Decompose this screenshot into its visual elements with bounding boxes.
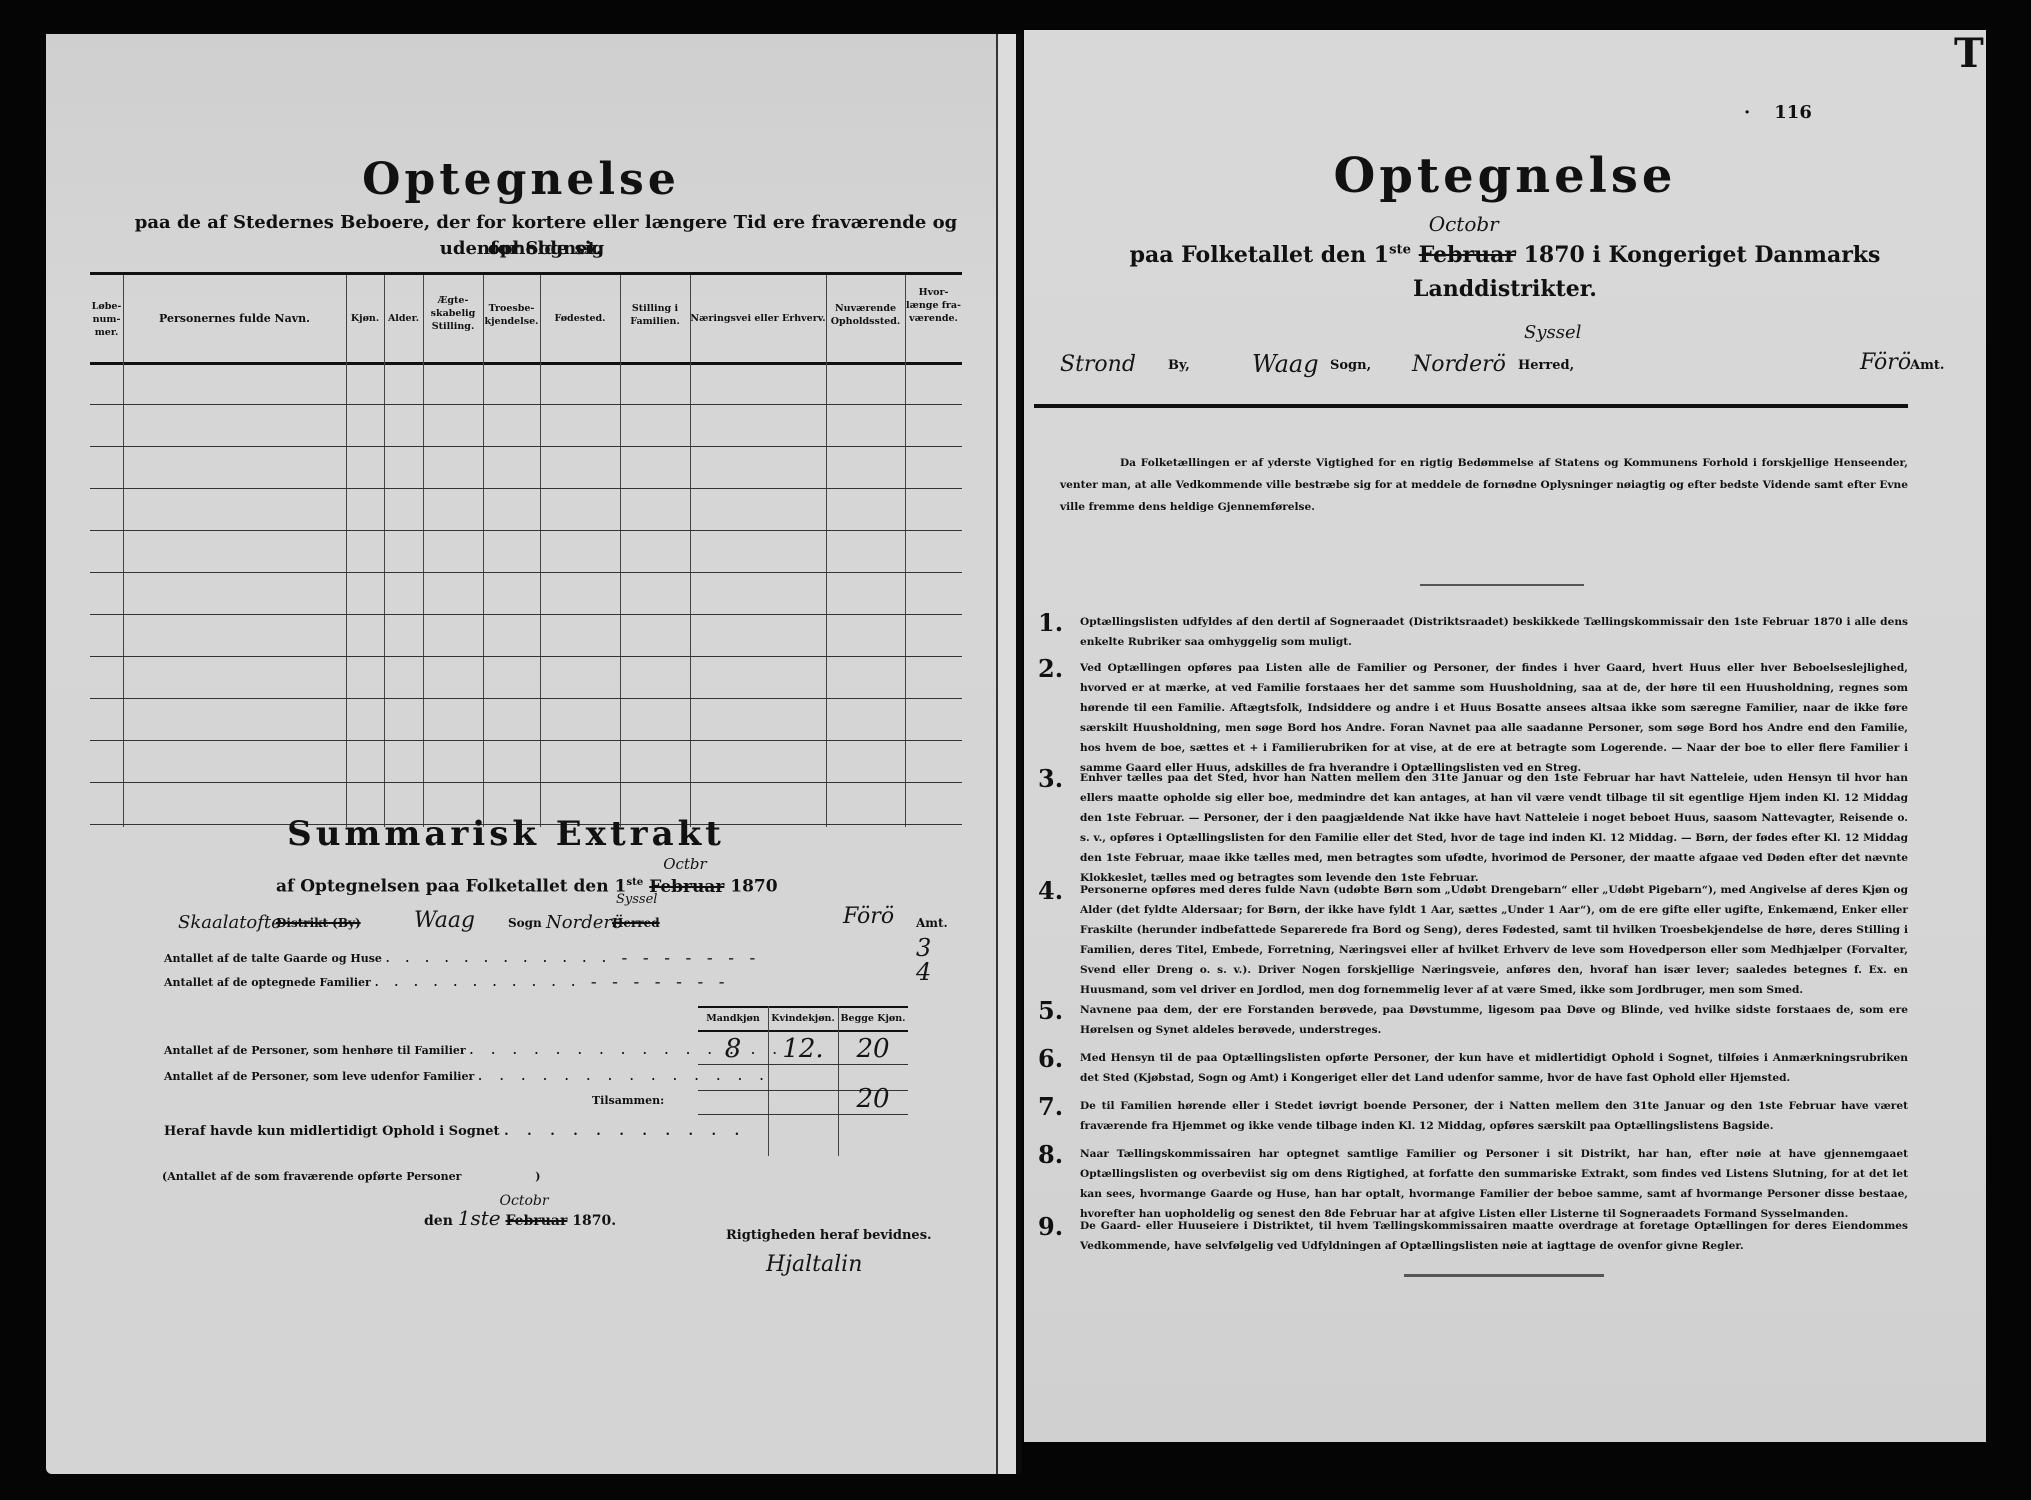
rule-text: Med Hensyn til de paa Optællingslisten o… <box>1080 1048 1908 1088</box>
page-number: ·116 <box>1744 102 1812 123</box>
table-row <box>90 404 962 405</box>
gender-row-label-families: Antallet af de Personer, som henhøre til… <box>164 1044 784 1057</box>
column-divider <box>123 275 124 827</box>
extrakt-date: den 1ste Februar Octobr 1870. <box>424 1206 616 1230</box>
date-handwritten-month: Octobr <box>500 1193 549 1209</box>
rule-number: 3. <box>1038 764 1063 793</box>
location-herred-value: Norderö <box>1412 352 1506 377</box>
table-top-rule <box>90 272 962 275</box>
location-by-value: Strond <box>1060 352 1136 377</box>
right-page-subtitle: paa Folketallet den 1ste Februar Octobr … <box>1024 242 1986 268</box>
temporary-stay-label: Heraf havde kun midlertidigt Ophold i So… <box>164 1124 500 1139</box>
extrakt-year: 1870 <box>730 877 777 897</box>
extrakt-parish-value: Waag <box>414 908 475 933</box>
absent-note: (Antallet af de som fraværende opførte P… <box>162 1170 540 1183</box>
absent-note-text: (Antallet af de som fraværende opførte P… <box>162 1170 461 1183</box>
extrakt-struck-month: Februar <box>649 877 724 897</box>
right-page-title: Optegnelse <box>1024 148 1986 204</box>
location-amt-value: Förö <box>1860 350 1911 375</box>
temporary-stay-row: Heraf havde kun midlertidigt Ophold i So… <box>164 1124 746 1139</box>
left-page: Optegnelse paa de af Stedernes Beboere, … <box>46 34 996 1474</box>
closing-divider <box>1404 1274 1604 1277</box>
column-header-marital-status: Ægte-skabelig Stilling. <box>423 294 483 333</box>
column-divider <box>620 275 621 827</box>
column-header-absence-duration: Hvor-længe fra-værende. <box>905 286 962 325</box>
location-herred-label: Herred, <box>1518 358 1574 373</box>
right-page-subtitle-line2: Landdistrikter. <box>1024 276 1986 302</box>
gender-table-header-rule <box>698 1030 908 1032</box>
extrakt-subtitle-prefix: af Optegnelsen paa Folketallet den 1 <box>276 877 626 897</box>
rule-number: 4. <box>1038 876 1063 905</box>
column-divider <box>838 1006 839 1156</box>
gender-row-label-outside: Antallet af de Personer, som leve udenfo… <box>164 1070 771 1083</box>
extrakt-herred-label: Herred <box>612 916 660 930</box>
date-day: 1ste <box>458 1206 501 1230</box>
gender-cell: 20 <box>838 1084 908 1114</box>
location-sogn-label: Sogn, <box>1330 358 1371 373</box>
corner-mark: T <box>1954 30 1984 77</box>
count-row-houses: Antallet af de talte Gaarde og Huse . . … <box>164 952 761 965</box>
rule-number: 9. <box>1038 1212 1063 1241</box>
column-header-age: Alder. <box>384 312 423 325</box>
binding-line <box>1016 34 1022 1474</box>
subtitle-handwritten-month: Octobr <box>1429 212 1499 236</box>
rule-text: Ved Optællingen opføres paa Listen alle … <box>1080 658 1908 778</box>
table-row <box>90 740 962 741</box>
table-row <box>90 698 962 699</box>
date-year: 1870. <box>572 1213 616 1229</box>
table-row <box>90 488 962 489</box>
page-number-value: 116 <box>1774 102 1812 123</box>
column-divider <box>540 275 541 827</box>
count-label: Antallet af de optegnede Familier <box>164 976 371 989</box>
gender-table-top-rule <box>698 1006 908 1008</box>
attestation: Rigtigheden heraf bevidnes. <box>726 1228 932 1243</box>
row-label: Antallet af de Personer, som leve udenfo… <box>164 1070 474 1083</box>
rule-text: Navnene paa dem, der ere Forstanden berø… <box>1080 1000 1908 1040</box>
location-amt-label: Amt. <box>1910 358 1944 373</box>
extrakt-title: Summarisk Extrakt <box>226 814 786 854</box>
column-divider <box>826 275 827 827</box>
table-row <box>90 614 962 615</box>
column-divider <box>483 275 484 827</box>
gender-header-both: Begge Kjøn. <box>838 1012 908 1025</box>
extrakt-parish-label: Sogn <box>508 916 542 930</box>
column-header-gender: Kjøn. <box>346 312 384 325</box>
extrakt-herred-handwritten: Syssel <box>616 892 657 907</box>
right-page: ·116 T Optegnelse paa Folketallet den 1s… <box>1024 30 1986 1442</box>
rule-number: 6. <box>1038 1044 1063 1073</box>
gender-header-female: Kvindekjøn. <box>768 1012 838 1025</box>
table-row <box>90 446 962 447</box>
subtitle-suffix: 1870 i Kongeriget Danmarks <box>1524 242 1881 268</box>
column-header-name: Personernes fulde Navn. <box>123 312 346 325</box>
column-divider <box>384 275 385 827</box>
column-header-birthplace: Fødested. <box>540 312 620 325</box>
rule-number: 2. <box>1038 654 1063 683</box>
signature: Hjaltalin <box>766 1252 862 1277</box>
column-divider <box>690 275 691 827</box>
rule-text: Personerne opføres med deres fulde Navn … <box>1080 880 1908 1000</box>
count-row-families: Antallet af de optegnede Familier . . . … <box>164 976 730 989</box>
extrakt-amt-label: Amt. <box>916 916 948 930</box>
date-struck-month: Februar <box>506 1213 568 1229</box>
table-header-rule <box>90 362 962 365</box>
column-header-current-residence: Nuværende Opholdssted. <box>826 302 905 328</box>
rule-text: Optællingslisten udfyldes af den dertil … <box>1080 612 1908 652</box>
rule-text: Enhver tælles paa det Sted, hvor han Nat… <box>1080 768 1908 888</box>
gender-cell: 20 <box>838 1034 908 1064</box>
table-row <box>90 782 962 783</box>
rule-text: De til Familien hørende eller i Stedet i… <box>1080 1096 1908 1136</box>
absent-note-close: ) <box>535 1170 540 1183</box>
intro-paragraph: Da Folketællingen er af yderste Vigtighe… <box>1060 452 1908 518</box>
binding-gutter <box>996 34 1018 1474</box>
location-sogn-value: Waag <box>1252 350 1319 378</box>
left-page-title: Optegnelse <box>46 154 996 205</box>
location-by-label: By, <box>1168 358 1190 373</box>
rule-number: 5. <box>1038 996 1063 1025</box>
extrakt-handwritten-month: Octbr <box>663 855 707 873</box>
column-header-occupation: Næringsvei eller Erhverv. <box>690 312 826 325</box>
date-prefix: den <box>424 1213 453 1229</box>
gender-row-label-total: Tilsammen: <box>592 1094 664 1107</box>
subtitle-struck-month: Februar <box>1419 242 1516 268</box>
column-divider <box>905 275 906 827</box>
column-header-religion: Troesbe-kjendelse. <box>483 302 540 328</box>
extrakt-district-label: Distrikt (By) <box>276 916 361 930</box>
section-divider <box>1420 584 1584 586</box>
header-separator-rule <box>1034 404 1908 408</box>
rule-number: 7. <box>1038 1092 1063 1121</box>
left-page-subtitle-line2: udenfor Sognet. <box>46 236 996 262</box>
table-row <box>90 530 962 531</box>
rule-number: 1. <box>1038 608 1063 637</box>
row-label: Antallet af de Personer, som henhøre til… <box>164 1044 466 1057</box>
extrakt-subtitle-sup: ste <box>626 876 643 888</box>
table-row <box>90 656 962 657</box>
absentee-table: Løbe-num-mer. Personernes fulde Navn. Kj… <box>90 272 962 832</box>
count-value-families: 4 <box>916 958 931 986</box>
gender-row-rule <box>698 1114 908 1115</box>
column-divider <box>423 275 424 827</box>
gender-header-male: Mandkjøn <box>698 1012 768 1025</box>
gender-row-rule <box>698 1064 908 1065</box>
extrakt-district-value: Skaalatofte <box>178 912 282 933</box>
column-divider <box>346 275 347 827</box>
count-label: Antallet af de talte Gaarde og Huse <box>164 952 382 965</box>
location-herred-handwritten: Syssel <box>1524 322 1581 343</box>
column-header-lobenummer: Løbe-num-mer. <box>90 300 123 339</box>
subtitle-prefix: paa Folketallet den 1 <box>1130 242 1390 268</box>
extrakt-amt-value: Förö <box>843 904 894 929</box>
rule-text: Naar Tællingskommissairen har optegnet s… <box>1080 1144 1908 1224</box>
column-header-family-position: Stilling i Familien. <box>620 302 690 328</box>
rule-text: De Gaard- eller Huuseiere i Distriktet, … <box>1080 1216 1908 1256</box>
table-row <box>90 572 962 573</box>
extrakt-subtitle: af Optegnelsen paa Folketallet den 1ste … <box>276 876 836 897</box>
subtitle-sup: ste <box>1389 243 1411 258</box>
rule-number: 8. <box>1038 1140 1063 1169</box>
